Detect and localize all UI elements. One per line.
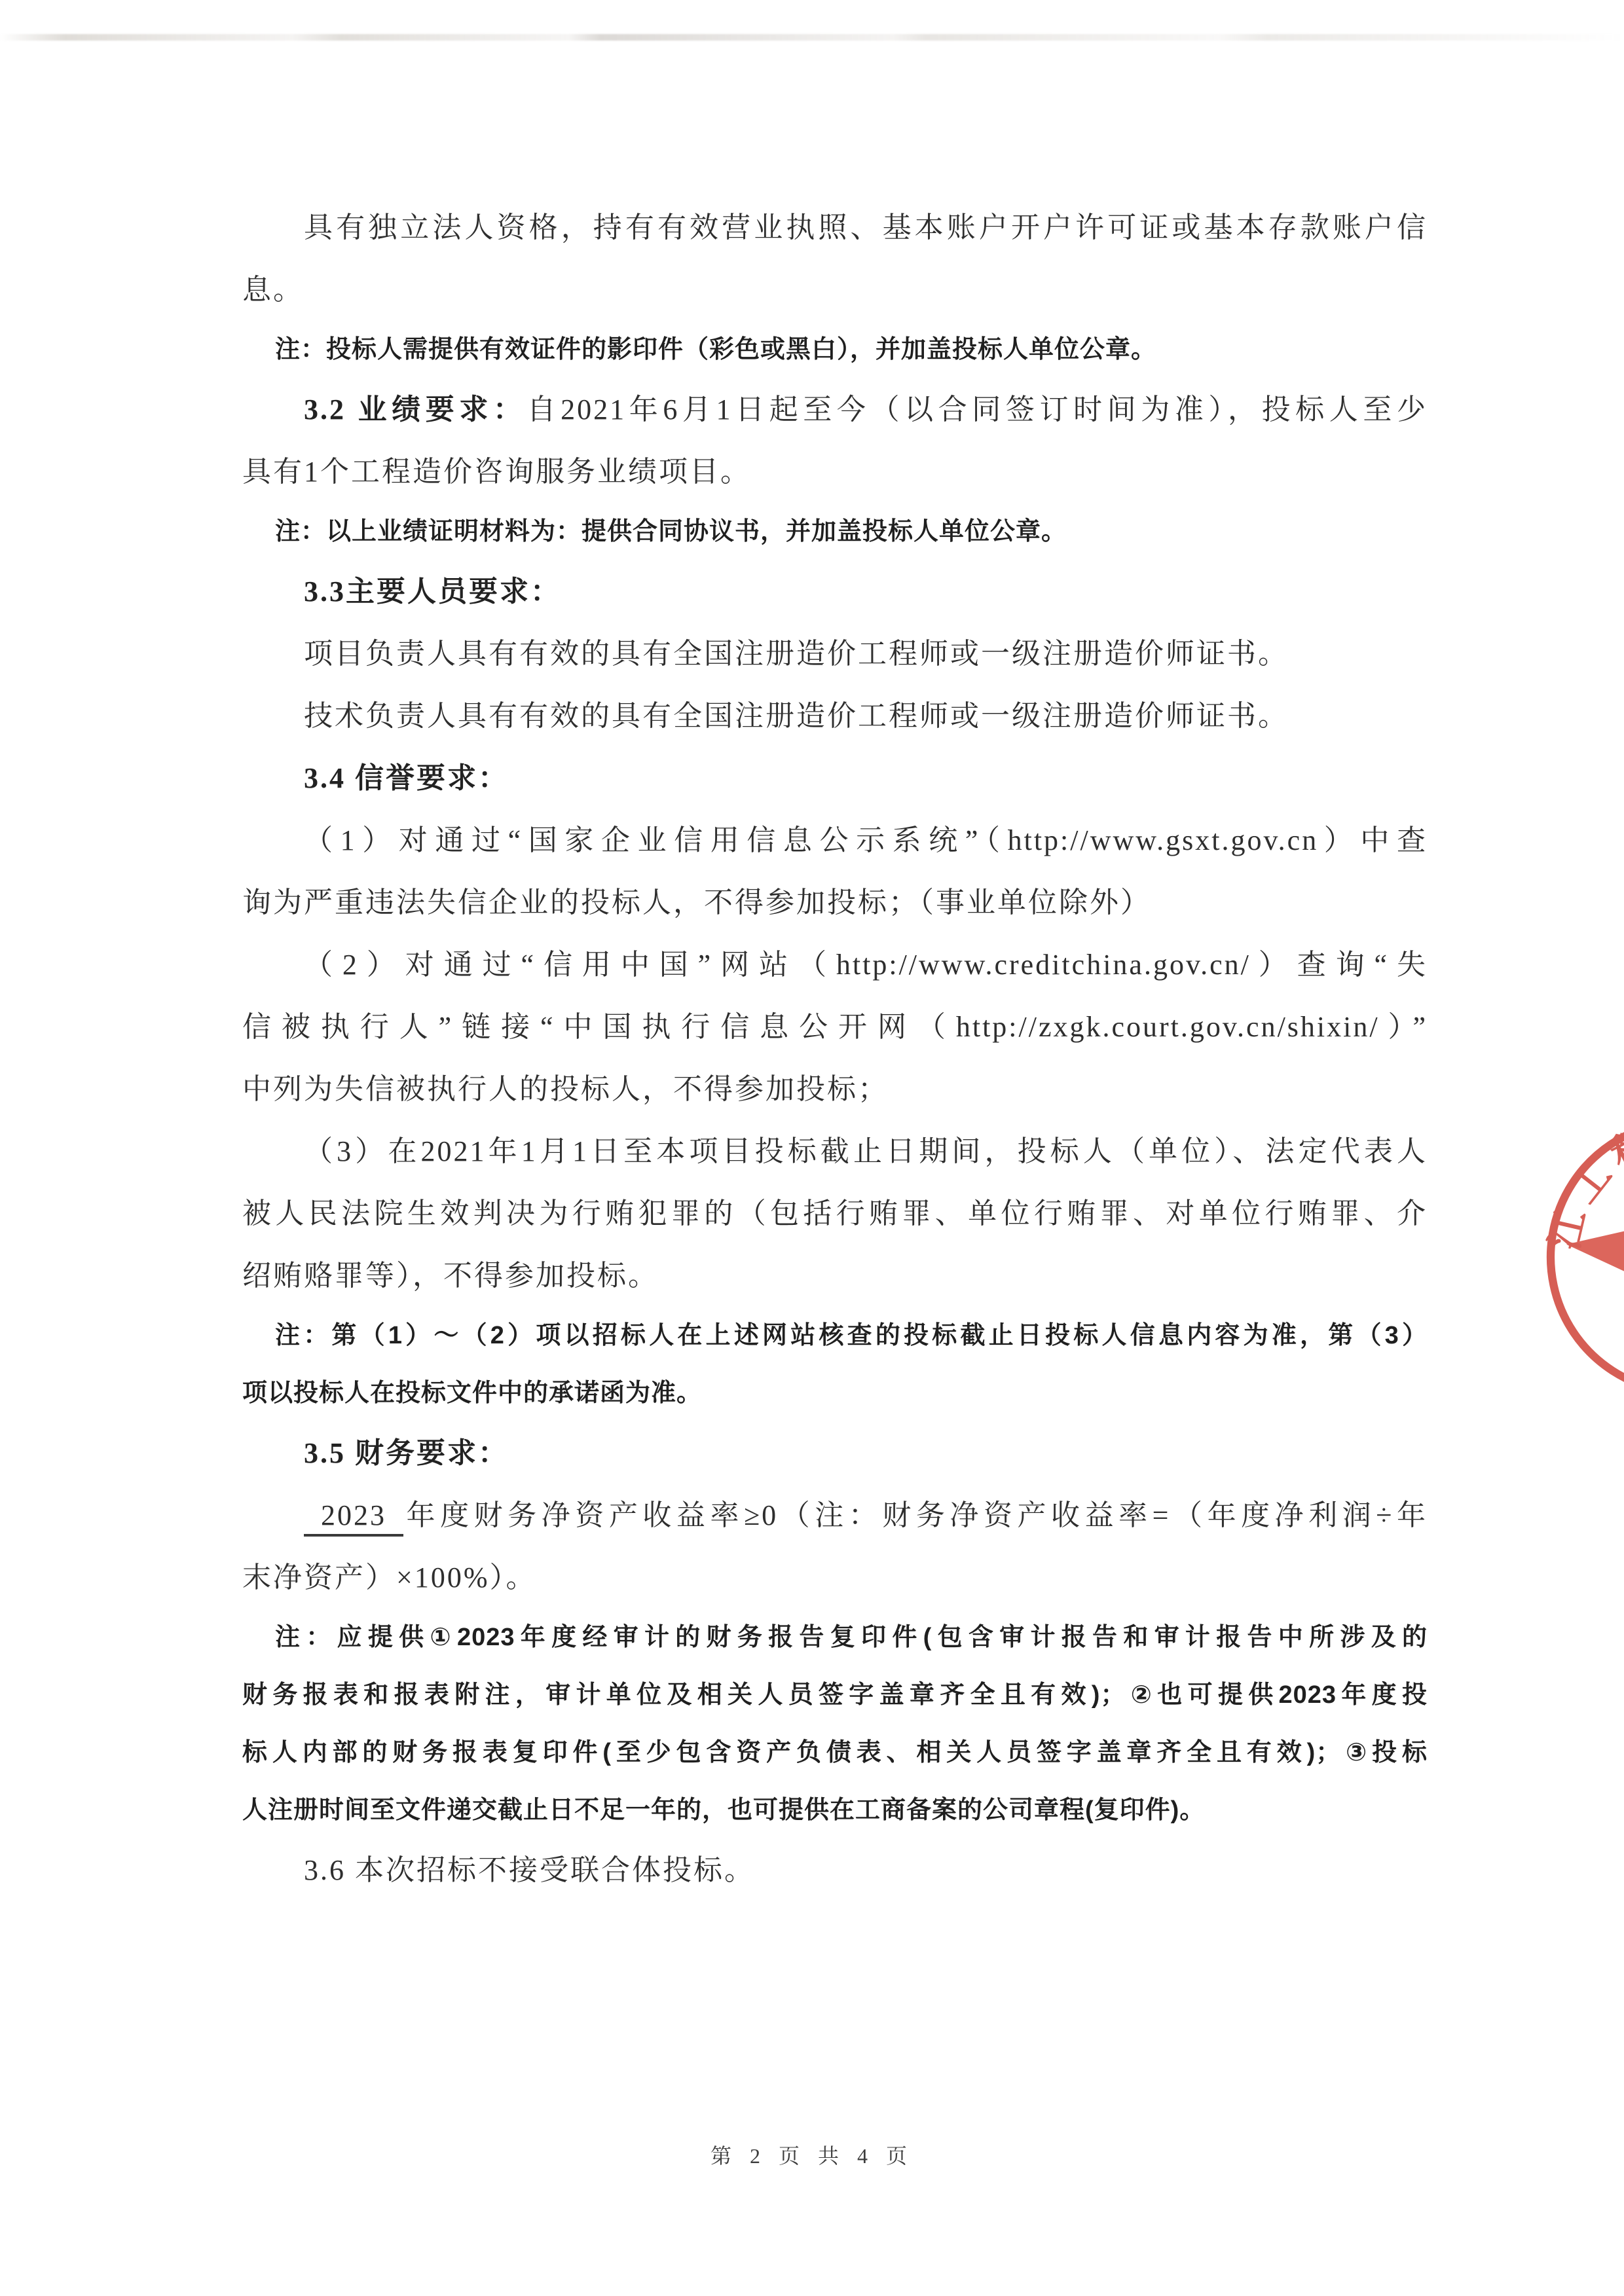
- text-line: 绍贿赂罪等），不得参加投标。: [242, 1245, 1428, 1307]
- page-number: 第 2 页 共 4 页: [0, 2140, 1624, 2170]
- text-line: 3.6 本次招标不接受联合体投标。: [242, 1839, 1428, 1901]
- text-line: 信被执行人”链接“中国执行信息公开网（http://zxgk.court.gov…: [242, 996, 1428, 1058]
- text-line: （2）对通过“信用中国”网站（http://www.creditchina.go…: [242, 934, 1428, 996]
- text-line: 3.3主要人员要求：: [242, 560, 1428, 623]
- text-line: 具有1个工程造价咨询服务业绩项目。: [242, 441, 1428, 503]
- text-line: 具有独立法人资格，持有有效营业执照、基本账户开户许可证或基本存款账户信: [242, 196, 1428, 259]
- text-line: 3.2 业绩要求：自2021年6月1日起至今（以合同签订时间为准），投标人至少: [242, 378, 1428, 441]
- text-line: 财务报表和报表附注，审计单位及相关人员签字盖章齐全且有效)；②也可提供2023年…: [242, 1666, 1428, 1724]
- note-performance-proof: 注：以上业绩证明材料为：提供合同协议书，并加盖投标人单位公章。: [242, 503, 1428, 560]
- section-3-6-consortium: 3.6 本次招标不接受联合体投标。: [242, 1839, 1428, 1901]
- text-column: 具有独立法人资格，持有有效营业执照、基本账户开户许可证或基本存款账户信 息。 注…: [242, 196, 1428, 1901]
- text-line: 2023年度财务净资产收益率≥0（注：财务净资产收益率=（年度净利润÷年: [242, 1484, 1428, 1546]
- company-seal-stamp: 江 工 程 0 0 8 3 0 3: [1507, 1078, 1624, 1436]
- text-line: 3.5 财务要求：: [242, 1422, 1428, 1484]
- section-3-5-heading: 3.5 财务要求：: [242, 1422, 1428, 1484]
- scan-artifact-top: [0, 34, 1624, 41]
- note-credit-check: 注：第（1）～（2）项以招标人在上述网站核查的投标截止日投标人信息内容为准，第（…: [242, 1307, 1428, 1422]
- section-3-2-performance: 3.2 业绩要求：自2021年6月1日起至今（以合同签订时间为准），投标人至少 …: [242, 378, 1428, 503]
- text-line: 项目负责人具有有效的具有全国注册造价工程师或一级注册造价师证书。: [242, 623, 1428, 685]
- paragraph-project-manager: 项目负责人具有有效的具有全国注册造价工程师或一级注册造价师证书。: [242, 623, 1428, 685]
- paragraph-qualification: 具有独立法人资格，持有有效营业执照、基本账户开户许可证或基本存款账户信 息。: [242, 196, 1428, 321]
- text-line: 3.4 信誉要求：: [242, 747, 1428, 809]
- section-3-2-text: 自2021年6月1日起至今（以合同签订时间为准），投标人至少: [527, 393, 1428, 426]
- note-certificate: 注：投标人需提供有效证件的影印件（彩色或黑白），并加盖投标人单位公章。: [242, 321, 1428, 378]
- text-line: 注：以上业绩证明材料为：提供合同协议书，并加盖投标人单位公章。: [242, 503, 1428, 560]
- paragraph-credit-item-2: （2）对通过“信用中国”网站（http://www.creditchina.go…: [242, 934, 1428, 1120]
- section-3-2-label: 3.2 业绩要求：: [304, 393, 527, 426]
- text-line: 项以投标人在投标文件中的承诺函为准。: [242, 1364, 1428, 1422]
- text-line: 技术负责人具有有效的具有全国注册造价工程师或一级注册造价师证书。: [242, 685, 1428, 747]
- text-line: （3）在2021年1月1日至本项目投标截止日期间，投标人（单位）、法定代表人: [242, 1120, 1428, 1182]
- document-page: 具有独立法人资格，持有有效营业执照、基本账户开户许可证或基本存款账户信 息。 注…: [0, 0, 1624, 2296]
- text-line: 被人民法院生效判决为行贿犯罪的（包括行贿罪、单位行贿罪、对单位行贿罪、介: [242, 1182, 1428, 1245]
- seal-arc-char: 工: [1562, 1154, 1620, 1211]
- section-3-4-heading: 3.4 信誉要求：: [242, 747, 1428, 809]
- text-line: 标人内部的财务报表复印件(至少包含资产负债表、相关人员签字盖章齐全且有效)；③投…: [242, 1724, 1428, 1781]
- text-line: 注：应提供①2023年度经审计的财务报告复印件(包含审计报告和审计报告中所涉及的: [242, 1609, 1428, 1666]
- text-line: 中列为失信被执行人的投标人，不得参加投标；: [242, 1058, 1428, 1120]
- paragraph-credit-item-3: （3）在2021年1月1日至本项目投标截止日期间，投标人（单位）、法定代表人 被…: [242, 1120, 1428, 1307]
- text-line: 息。: [242, 259, 1428, 321]
- financial-formula-text: 年度财务净资产收益率≥0（注：财务净资产收益率=（年度净利润÷年: [403, 1499, 1428, 1531]
- text-line: 末净资产）×100%）。: [242, 1546, 1428, 1609]
- text-line: 询为严重违法失信企业的投标人，不得参加投标；（事业单位除外）: [242, 871, 1428, 934]
- underlined-year: 2023: [304, 1499, 403, 1537]
- text-line: 人注册时间至文件递交截止日不足一年的，也可提供在工商备案的公司章程(复印件)。: [242, 1781, 1428, 1839]
- text-line: 注：第（1）～（2）项以招标人在上述网站核查的投标截止日投标人信息内容为准，第（…: [242, 1307, 1428, 1364]
- note-financial-documents: 注：应提供①2023年度经审计的财务报告复印件(包含审计报告和审计报告中所涉及的…: [242, 1609, 1428, 1839]
- paragraph-credit-item-1: （1）对通过“国家企业信用信息公示系统”（http://www.gsxt.gov…: [242, 809, 1428, 934]
- text-line: （1）对通过“国家企业信用信息公示系统”（http://www.gsxt.gov…: [242, 809, 1428, 871]
- paragraph-financial-requirement: 2023年度财务净资产收益率≥0（注：财务净资产收益率=（年度净利润÷年 末净资…: [242, 1484, 1428, 1609]
- section-3-3-heading: 3.3主要人员要求：: [242, 560, 1428, 623]
- paragraph-technical-manager: 技术负责人具有有效的具有全国注册造价工程师或一级注册造价师证书。: [242, 685, 1428, 747]
- text-line: 注：投标人需提供有效证件的影印件（彩色或黑白），并加盖投标人单位公章。: [242, 321, 1428, 378]
